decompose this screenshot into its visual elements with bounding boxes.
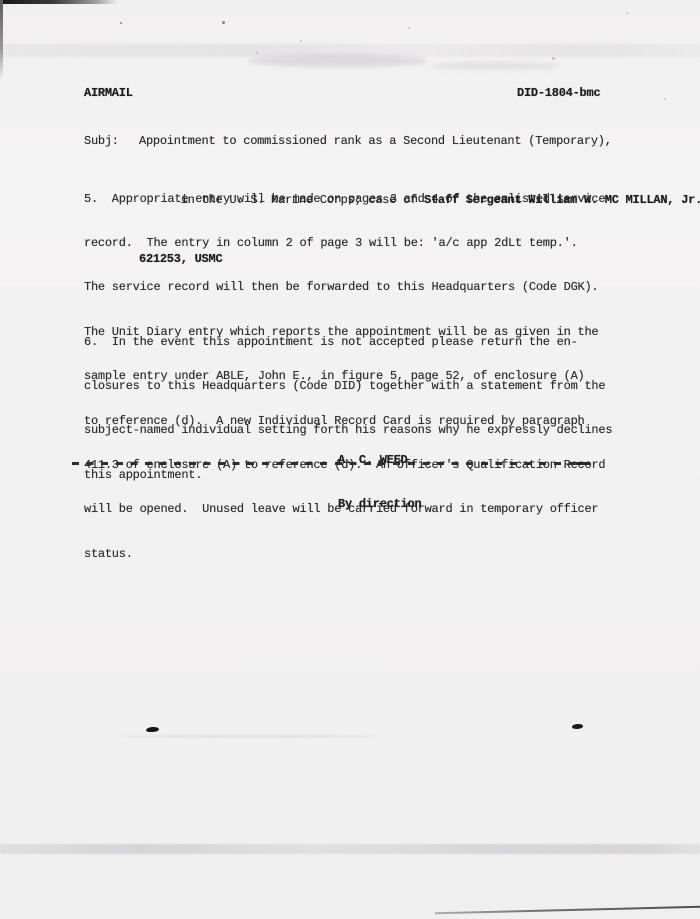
reference-code: DID-1804-bmc xyxy=(517,86,600,101)
subject-label: Subj: xyxy=(84,134,139,149)
airmail-label: AIRMAIL xyxy=(84,86,133,101)
ink-speck xyxy=(408,27,410,29)
smudge-mark xyxy=(248,55,428,67)
smudge-band-upper xyxy=(0,44,700,57)
smudge-band-lower xyxy=(0,844,700,854)
paragraph-5-line: The service record will then be forwarde… xyxy=(84,280,605,295)
dashed-separator xyxy=(72,462,590,465)
signature-block: A. C. WEED By direction xyxy=(338,423,421,541)
ink-blot xyxy=(572,724,583,729)
dashed-separator-end xyxy=(576,462,590,466)
paragraph-5-line: 5. Appropriate entry will be made on pag… xyxy=(84,192,605,207)
ink-speck xyxy=(222,21,225,24)
ink-speck xyxy=(552,57,555,60)
ink-speck xyxy=(300,40,302,42)
paragraph-6-line: 6. In the event this appointment is not … xyxy=(84,335,612,350)
subject-line-1: Subj: Appointment to commissioned rank a… xyxy=(84,134,684,149)
smudge-mark xyxy=(430,62,560,70)
subject-text: Appointment to commissioned rank as a Se… xyxy=(139,134,612,149)
ink-speck xyxy=(120,22,122,24)
paragraph-5-line: record. The entry in column 2 of page 3 … xyxy=(84,236,605,251)
paragraph-5-line: status. xyxy=(84,547,605,562)
ink-speck xyxy=(664,98,666,100)
faint-smudge xyxy=(120,735,380,738)
scan-edge-bottom-artifact xyxy=(435,906,700,915)
signature-byline: By direction xyxy=(338,497,421,512)
paragraph-6-line: closures to this Headquarters (Code DID)… xyxy=(84,379,612,394)
scan-edge-left-artifact xyxy=(0,0,3,80)
signature-name: A. C. WEED xyxy=(338,453,421,468)
document-page: AIRMAIL DID-1804-bmc Subj: Appointment t… xyxy=(0,0,700,919)
ink-speck xyxy=(626,12,628,14)
ink-blot xyxy=(146,727,159,733)
scan-edge-top-artifact xyxy=(0,0,118,4)
ink-speck xyxy=(256,52,258,54)
